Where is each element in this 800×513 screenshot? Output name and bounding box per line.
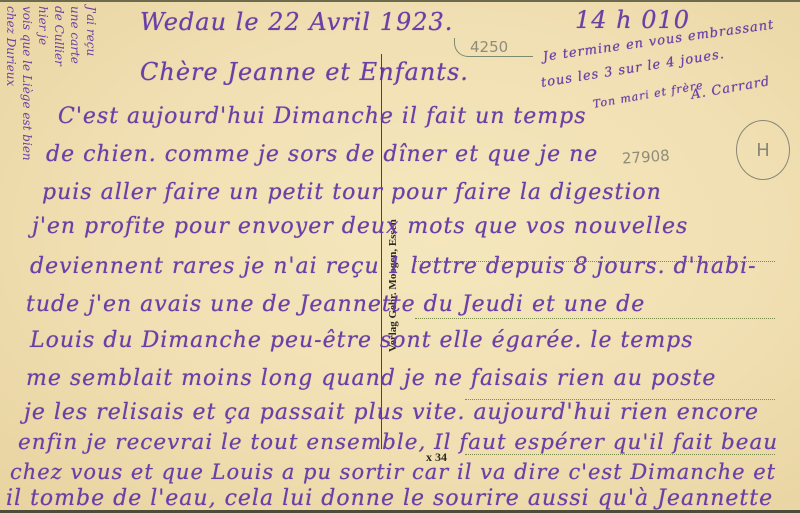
postcard-back: chez Durieux vois que le Liège est bien … (0, 0, 800, 513)
margin-note-line: de Cullier (52, 6, 66, 66)
circled-letter: H (756, 140, 770, 161)
pencil-number: 27908 (621, 146, 670, 167)
body-line: deviennent rares je n'ai reçu 1 lettre d… (30, 254, 757, 279)
body-line: Louis du Dimanche peu-être sont elle éga… (30, 328, 694, 353)
body-line: chez vous et que Louis a pu sortir car i… (10, 460, 776, 484)
body-line: enfin je recevrai le tout ensemble, Il f… (18, 430, 778, 455)
body-line: je les relisais et ça passait plus vite.… (24, 400, 759, 425)
margin-note-line: J'ai reçu (84, 6, 98, 56)
pencil-number: 4250 (470, 38, 508, 56)
time-stamp: 14 h 010 (575, 6, 690, 34)
body-line: puis aller faire un petit tour pour fair… (42, 180, 662, 205)
body-line: il tombe de l'eau, cela lui donne le sou… (6, 486, 773, 511)
margin-note-line: chez Durieux (4, 6, 18, 86)
address-line (415, 318, 775, 319)
postscript-line: Ton mari et frère (592, 79, 705, 111)
body-line: C'est aujourd'hui Dimanche il fait un te… (58, 104, 587, 129)
margin-note-line: une carte (68, 6, 82, 64)
body-line: me semblait moins long quand je ne faisa… (26, 366, 716, 391)
margin-note-line: vois que le Liège est bien (20, 6, 34, 161)
body-line: de chien. comme je sors de dîner et que … (46, 142, 598, 167)
place-date: Wedau le 22 Avril 1923. (140, 8, 453, 36)
margin-note-line: hier je (36, 6, 50, 45)
greeting: Chère Jeanne et Enfants. (140, 58, 469, 86)
body-line: j'en profite pour envoyer deux mots que … (32, 214, 688, 239)
circled-letter-mark: H (736, 120, 790, 180)
body-line: tude j'en avais une de Jeannette du Jeud… (26, 292, 645, 317)
